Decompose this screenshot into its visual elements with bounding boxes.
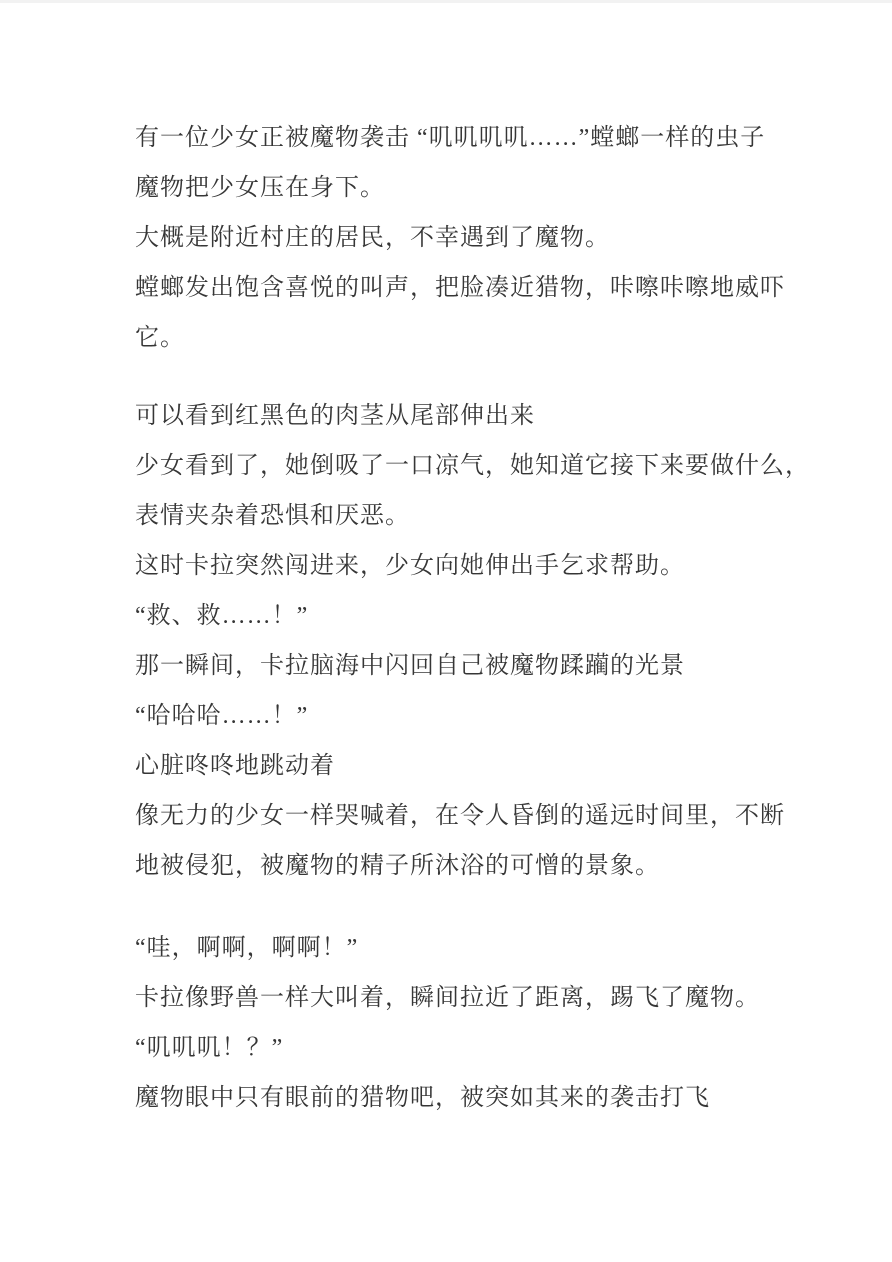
- paragraph-gap: [135, 891, 782, 923]
- text-line: 这时卡拉突然闯进来，少女向她伸出手乞求帮助。: [135, 541, 782, 591]
- text-line: 螳螂发出饱含喜悦的叫声，把脸凑近猎物，咔嚓咔嚓地威吓: [135, 263, 782, 313]
- text-line: 地被侵犯，被魔物的精子所沐浴的可憎的景象。: [135, 841, 782, 891]
- text-line: 少女看到了，她倒吸了一口凉气，她知道它接下来要做什么，: [135, 441, 782, 491]
- text-line: 像无力的少女一样哭喊着，在令人昏倒的遥远时间里，不断: [135, 791, 782, 841]
- text-line: “救、救……！”: [135, 591, 782, 641]
- text-line: 有一位少女正被魔物袭击 “叽叽叽叽……”螳螂一样的虫子: [135, 113, 782, 163]
- text-line: 魔物把少女压在身下。: [135, 163, 782, 213]
- text-line: 那一瞬间，卡拉脑海中闪回自己被魔物蹂躏的光景: [135, 641, 782, 691]
- text-line: 心脏咚咚地跳动着: [135, 741, 782, 791]
- text-line: “哈哈哈……！”: [135, 691, 782, 741]
- text-line: 卡拉像野兽一样大叫着，瞬间拉近了距离，踢飞了魔物。: [135, 973, 782, 1023]
- paragraph-gap: [135, 363, 782, 391]
- text-line: 它。: [135, 313, 782, 363]
- page-top-edge: [0, 0, 892, 3]
- novel-text-page: 有一位少女正被魔物袭击 “叽叽叽叽……”螳螂一样的虫子 魔物把少女压在身下。 大…: [0, 0, 892, 1123]
- text-line: “哇，啊啊，啊啊！”: [135, 923, 782, 973]
- text-line: 可以看到红黑色的肉茎从尾部伸出来: [135, 391, 782, 441]
- text-line: 表情夹杂着恐惧和厌恶。: [135, 491, 782, 541]
- text-line: “叽叽叽！？”: [135, 1023, 782, 1073]
- text-line: 魔物眼中只有眼前的猎物吧，被突如其来的袭击打飞: [135, 1073, 782, 1123]
- text-line: 大概是附近村庄的居民，不幸遇到了魔物。: [135, 213, 782, 263]
